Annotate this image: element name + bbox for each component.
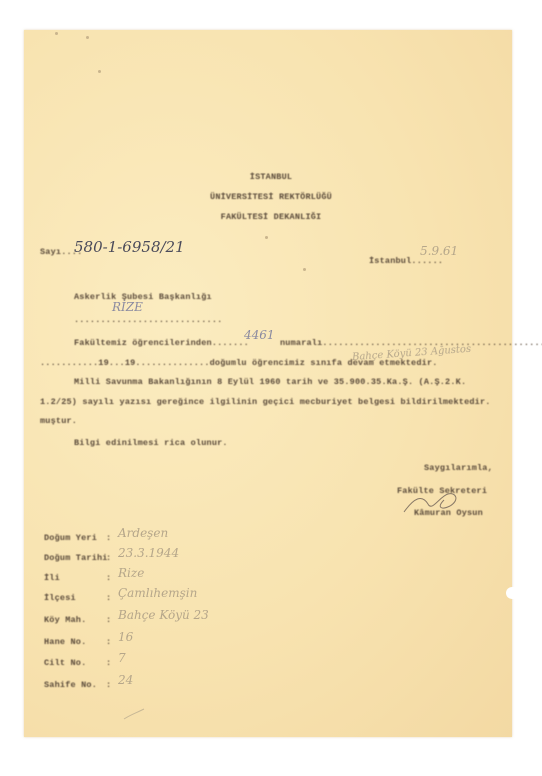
field-value: 7 [118,651,126,665]
field-value: Bahçe Köyü 23 [118,608,209,622]
field-label: Doğum Yeri [44,533,97,543]
signature-salutation: Saygılarımla, [424,463,493,473]
field-colon: : [106,573,111,583]
pen-mark-icon [122,705,152,725]
field-label: Köy Mah. [44,615,86,625]
field-label: Cilt No. [44,658,86,668]
field-value: Ardeşen [118,526,168,540]
paper-speck [265,236,268,239]
student-number: 4461 [244,328,275,342]
recipient-city: RİZE [112,300,143,314]
field-colon: : [106,593,111,603]
field-colon: : [106,680,111,690]
field-label: Hane No. [44,637,86,647]
field-value: 24 [118,673,133,687]
header-line-3: FAKÜLTESİ DEKANLIĞI [0,212,542,222]
field-value: Çamlıhemşin [118,586,197,600]
field-colon: : [106,637,111,647]
field-value: 16 [118,630,133,644]
paper-speck [98,70,101,73]
field-value: Rize [118,566,144,580]
field-label: İlçesi [44,593,76,603]
paper-speck [86,36,89,39]
closing-line: Bilgi edinilmesi rica olunur. [74,438,228,448]
field-colon: : [106,615,111,625]
date-value: 5.9.61 [420,244,458,258]
reference-number: 580-1-6958/21 [74,238,185,256]
field-colon: : [106,658,111,668]
header-line-1: İSTANBUL [0,172,542,182]
paper-speck [55,32,58,35]
body-line-2: ...........19...19..............doğumlu … [40,358,438,368]
body-paragraph-2-line-1: Milli Savunma Bakanlığının 8 Eylül 1960 … [74,377,466,387]
recipient-dots: ............................ [74,315,222,325]
header-line-2: ÜNİVERSİTESİ REKTÖRLÜĞÜ [0,192,542,202]
field-colon: : [106,533,111,543]
paper-speck [303,268,306,271]
paper-notch [506,587,520,599]
body-paragraph-2-line-2: 1.2/25) sayılı yazısı gereğince ilgilini… [40,397,491,407]
signature-name: Kâmuran Oysun [414,508,483,518]
field-colon: : [106,553,111,563]
field-label: Doğum Tarihi [44,553,108,563]
field-label: Sahife No. [44,680,97,690]
field-value: 23.3.1944 [118,546,179,560]
body-line-1-suffix: numaralı................................… [280,338,542,348]
body-line-1-prefix: Fakültemiz öğrencilerinden....... [74,338,249,348]
body-paragraph-2-line-3: muştur. [40,416,77,426]
field-label: İli [44,573,60,583]
